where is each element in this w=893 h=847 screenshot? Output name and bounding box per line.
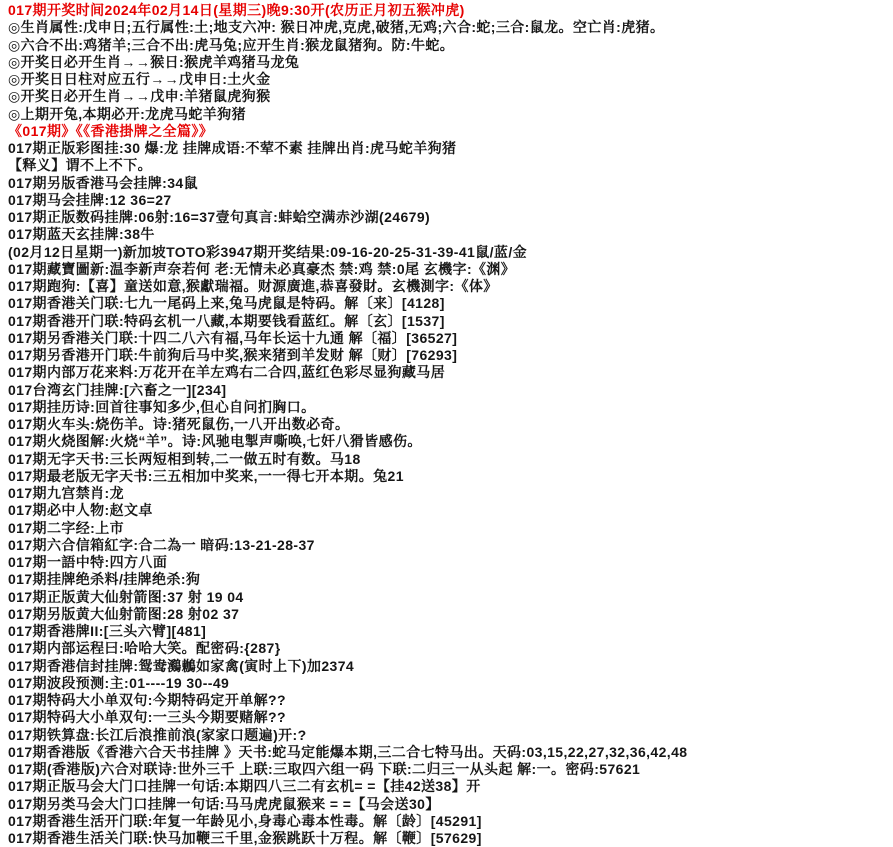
text-line: 017期藏寶圖新:温李新声奈若何 老:无情未必真豪杰 禁:鸡 禁:0尾 玄機字:… — [8, 261, 893, 278]
text-line: 017期香港牌II:[三头六臂][481] — [8, 623, 893, 640]
text-line: 017期正版彩图挂:30 爆:龙 挂牌成语:不荤不素 挂牌出肖:虎马蛇羊狗猪 — [8, 140, 893, 157]
text-line: 017期香港关门联:七九一尾码上来,兔马虎鼠是特码。解〔来〕[4128] — [8, 295, 893, 312]
text-line: 017期另版香港马会挂牌:34鼠 — [8, 175, 893, 192]
text-line: 017期内部万花来料:万花开在羊左鸡右二合四,蓝红色彩尽显狗藏马居 — [8, 364, 893, 381]
text-line: 017期香港版《香港六合天书挂牌 》天书:蛇马定能爆本期,三二合七特马出。天码:… — [8, 744, 893, 761]
highlight-line: 017期开奖时间2024年02月14日(星期三)晚9:30开(农历正月初五猴冲虎… — [8, 2, 893, 19]
text-line: 017期挂牌绝杀料/挂牌绝杀:狗 — [8, 571, 893, 588]
text-line: 017期另香港关门联:十四二八六有福,马年长运十九通 解〔福〕[36527] — [8, 330, 893, 347]
text-line: 017期香港生活关门联:快马加鞭三千里,金猴跳跃十万程。解〔鞭〕[57629] — [8, 830, 893, 847]
text-line: 017期香港生活开门联:年复一年龄见小,身毒心毒本性毒。解〔龄〕[45291] — [8, 813, 893, 830]
text-line: 017期波段预测:主:01----19 30--49 — [8, 675, 893, 692]
text-line: 017期挂历诗:回首往事知多少,但心自问扪胸口。 — [8, 399, 893, 416]
text-line: 017期无字天书:三长两短相到转,二一做五时有数。马18 — [8, 451, 893, 468]
text-line: 017期二字经:上市 — [8, 520, 893, 537]
text-line: 017期香港开门联:特码玄机一八藏,本期要钱看蓝红。解〔玄〕[1537] — [8, 313, 893, 330]
text-line: ◎开奖日必开生肖→→戊申:羊猪鼠虎狗猴 — [8, 88, 893, 105]
lines-container: 017期开奖时间2024年02月14日(星期三)晚9:30开(农历正月初五猴冲虎… — [8, 2, 893, 847]
text-line: 017期正版马会大门口挂牌一句话:本期四八三二有玄机= =【挂42送38】开 — [8, 778, 893, 795]
text-line: 017期火烧图解:火烧“羊”。诗:风驰电掣声嘶唤,七奸八猾皆感伤。 — [8, 433, 893, 450]
text-line: 017期铁算盘:长江后浪推前浪(家家口题遍)开:? — [8, 727, 893, 744]
text-line: 017期特码大小单双句:一三头今期要赌解?? — [8, 709, 893, 726]
text-line: 017期马会挂牌:12 36=27 — [8, 192, 893, 209]
text-line: 017期最老版无字天书:三五相加中奖来,一一得七开本期。兔21 — [8, 468, 893, 485]
text-line: ◎开奖日必开生肖→→猴日:猴虎羊鸡猪马龙兔 — [8, 54, 893, 71]
text-line: 017期一語中特:四方八面 — [8, 554, 893, 571]
text-line: 017期另香港开门联:牛前狗后马中奖,猴来猪到羊发财 解〔财〕[76293] — [8, 347, 893, 364]
text-line: 017期(香港版)六合对联诗:世外三千 上联:三取四六组一码 下联:二归三一从头… — [8, 761, 893, 778]
text-line: ◎开奖日日柱对应五行→→戊申日:土火金 — [8, 71, 893, 88]
text-line: 017期香港信封挂牌:鸳鸯鸂鶒如家禽(寅时上下)加2374 — [8, 658, 893, 675]
text-line: (02月12日星期一)新加坡TOTO彩3947期开奖结果:09-16-20-25… — [8, 244, 893, 261]
text-line: ◎上期开兔,本期必开:龙虎马蛇羊狗猪 — [8, 106, 893, 123]
text-line: 017期蓝天玄挂牌:38牛 — [8, 226, 893, 243]
text-line: 017期火车头:烧伤羊。诗:猪死鼠伤,一八开出数必奇。 — [8, 416, 893, 433]
text-line: 017期另版黄大仙射箭图:28 射02 37 — [8, 606, 893, 623]
text-line: ◎六合不出:鸡猪羊;三合不出:虎马兔;应开生肖:猴龙鼠猪狗。防:牛蛇。 — [8, 37, 893, 54]
text-line: 017期九宫禁肖:龙 — [8, 485, 893, 502]
text-line: 017期正版数码挂牌:06射:16=37壹句真言:蚌蛤空满赤沙湖(24679) — [8, 209, 893, 226]
text-line: 017期正版黄大仙射箭图:37 射 19 04 — [8, 589, 893, 606]
text-line: 【释义】谓不上不下。 — [8, 157, 893, 174]
text-line: 017期特码大小单双句:今期特码定开单解?? — [8, 692, 893, 709]
text-line: ◎生肖属性:戊申日;五行属性:土;地支六冲: 猴日冲虎,克虎,破猪,无鸡;六合:… — [8, 19, 893, 36]
text-line: 017期另类马会大门口挂牌一句话:马马虎虎鼠猴来 = =【马会送30】 — [8, 796, 893, 813]
text-line: 017期内部运程曰:哈哈大笑。配密码:{287} — [8, 640, 893, 657]
text-line: 017期六合信箱紅字:合二為一 暗码:13-21-28-37 — [8, 537, 893, 554]
text-line: 017期跑狗:【喜】童送如意,猴獻瑞福。财源廣進,恭喜發財。玄機測字:《体》 — [8, 278, 893, 295]
text-line: 017台湾玄门挂牌:[六畜之一][234] — [8, 382, 893, 399]
text-line: 017期必中人物:赵文卓 — [8, 502, 893, 519]
highlight-line: 《017期》《《香港掛牌之全篇》》 — [8, 123, 893, 140]
lottery-tips-sheet: 017期开奖时间2024年02月14日(星期三)晚9:30开(农历正月初五猴冲虎… — [0, 0, 893, 847]
